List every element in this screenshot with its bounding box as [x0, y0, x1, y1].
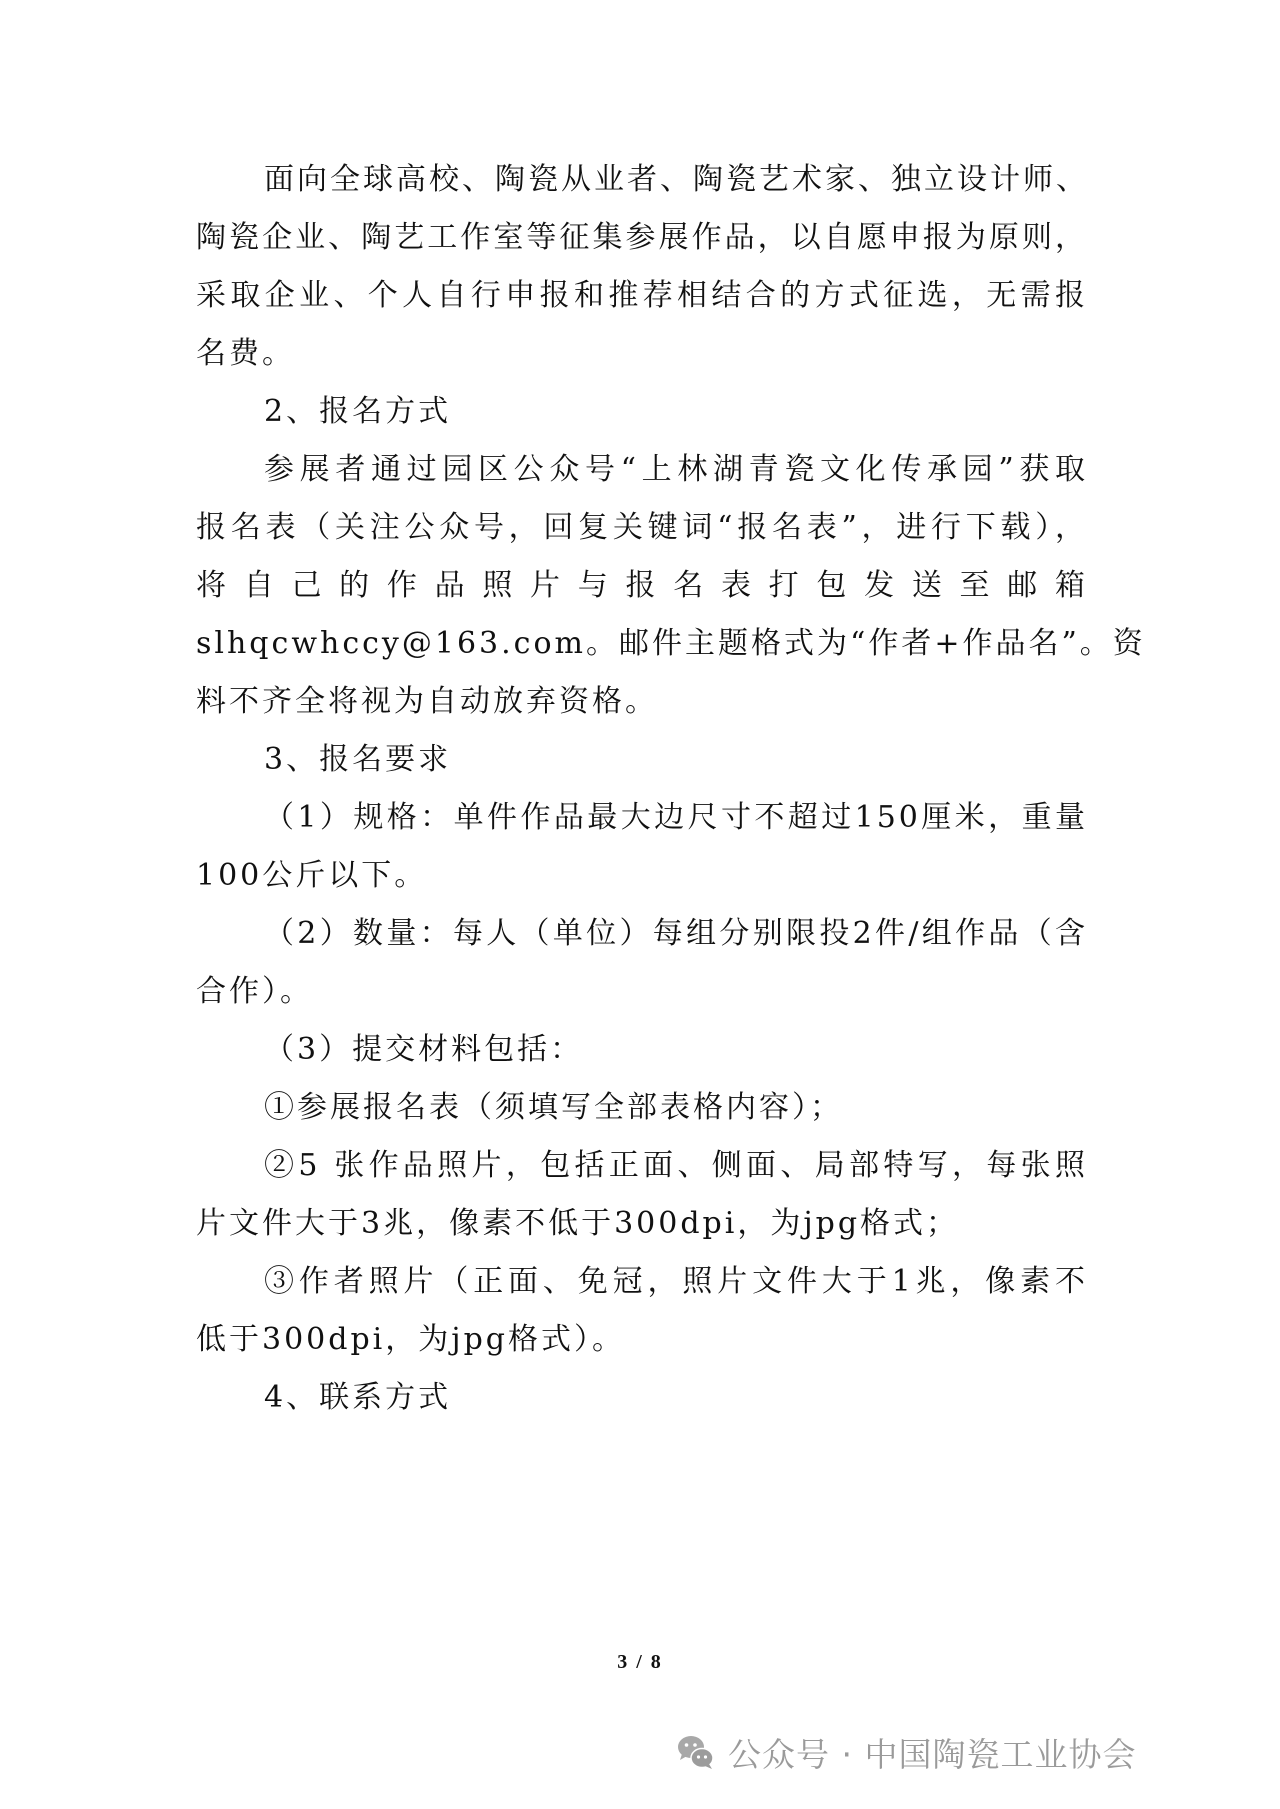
section-heading-registration-method: 2、报名方式: [264, 392, 1088, 432]
watermark-text: 公众号 · 中国陶瓷工业协会: [728, 1729, 1136, 1776]
paragraph-line: 报名表（关注公众号，回复关键词“报名表”，进行下载），: [196, 508, 1088, 548]
email-line: slhqcwhccy@163.com。邮件主题格式为“作者+作品名”。资: [196, 624, 1088, 664]
material-item-photos: ②5 张作品照片，包括正面、侧面、局部特写，每张照: [264, 1146, 1088, 1186]
paragraph-line: 料不齐全将视为自动放弃资格。: [196, 682, 1088, 722]
wechat-icon: [676, 1732, 716, 1772]
paragraph-line: 合作）。: [196, 972, 1088, 1012]
watermark: 公众号 · 中国陶瓷工业协会: [676, 1730, 1136, 1774]
paragraph-line: 采取企业、个人自行申报和推荐相结合的方式征选，无需报: [196, 276, 1088, 316]
section-heading-contact: 4、联系方式: [264, 1378, 1088, 1418]
paragraph-line: 将 自 己 的 作 品 照 片 与 报 名 表 打 包 发 送 至 邮 箱: [196, 566, 1088, 606]
paragraph-line: 陶瓷企业、陶艺工作室等征集参展作品，以自愿申报为原则，: [196, 218, 1088, 258]
paragraph-line: 片文件大于3兆，像素不低于300dpi，为jpg格式；: [196, 1204, 1088, 1244]
paragraph-line: 名费。: [196, 334, 1088, 374]
paragraph-line: 低于300dpi，为jpg格式）。: [196, 1320, 1088, 1360]
material-item-author-photo: ③作者照片（正面、免冠，照片文件大于1兆，像素不: [264, 1262, 1088, 1302]
requirement-item-materials: （3）提交材料包括：: [264, 1030, 1088, 1070]
paragraph-line: 面向全球高校、陶瓷从业者、陶瓷艺术家、独立设计师、: [264, 160, 1088, 200]
paragraph-line: 100公斤以下。: [196, 856, 1088, 896]
requirement-item-quantity: （2）数量：每人（单位）每组分别限投2件/组作品（含: [264, 914, 1088, 954]
section-heading-registration-requirements: 3、报名要求: [264, 740, 1088, 780]
requirement-item-spec: （1）规格：单件作品最大边尺寸不超过150厘米，重量: [264, 798, 1088, 838]
paragraph-line: 参展者通过园区公众号“上林湖青瓷文化传承园”获取: [264, 450, 1088, 490]
material-item-form: ①参展报名表（须填写全部表格内容）；: [264, 1088, 1088, 1128]
page-number: 3 / 8: [0, 1651, 1280, 1674]
